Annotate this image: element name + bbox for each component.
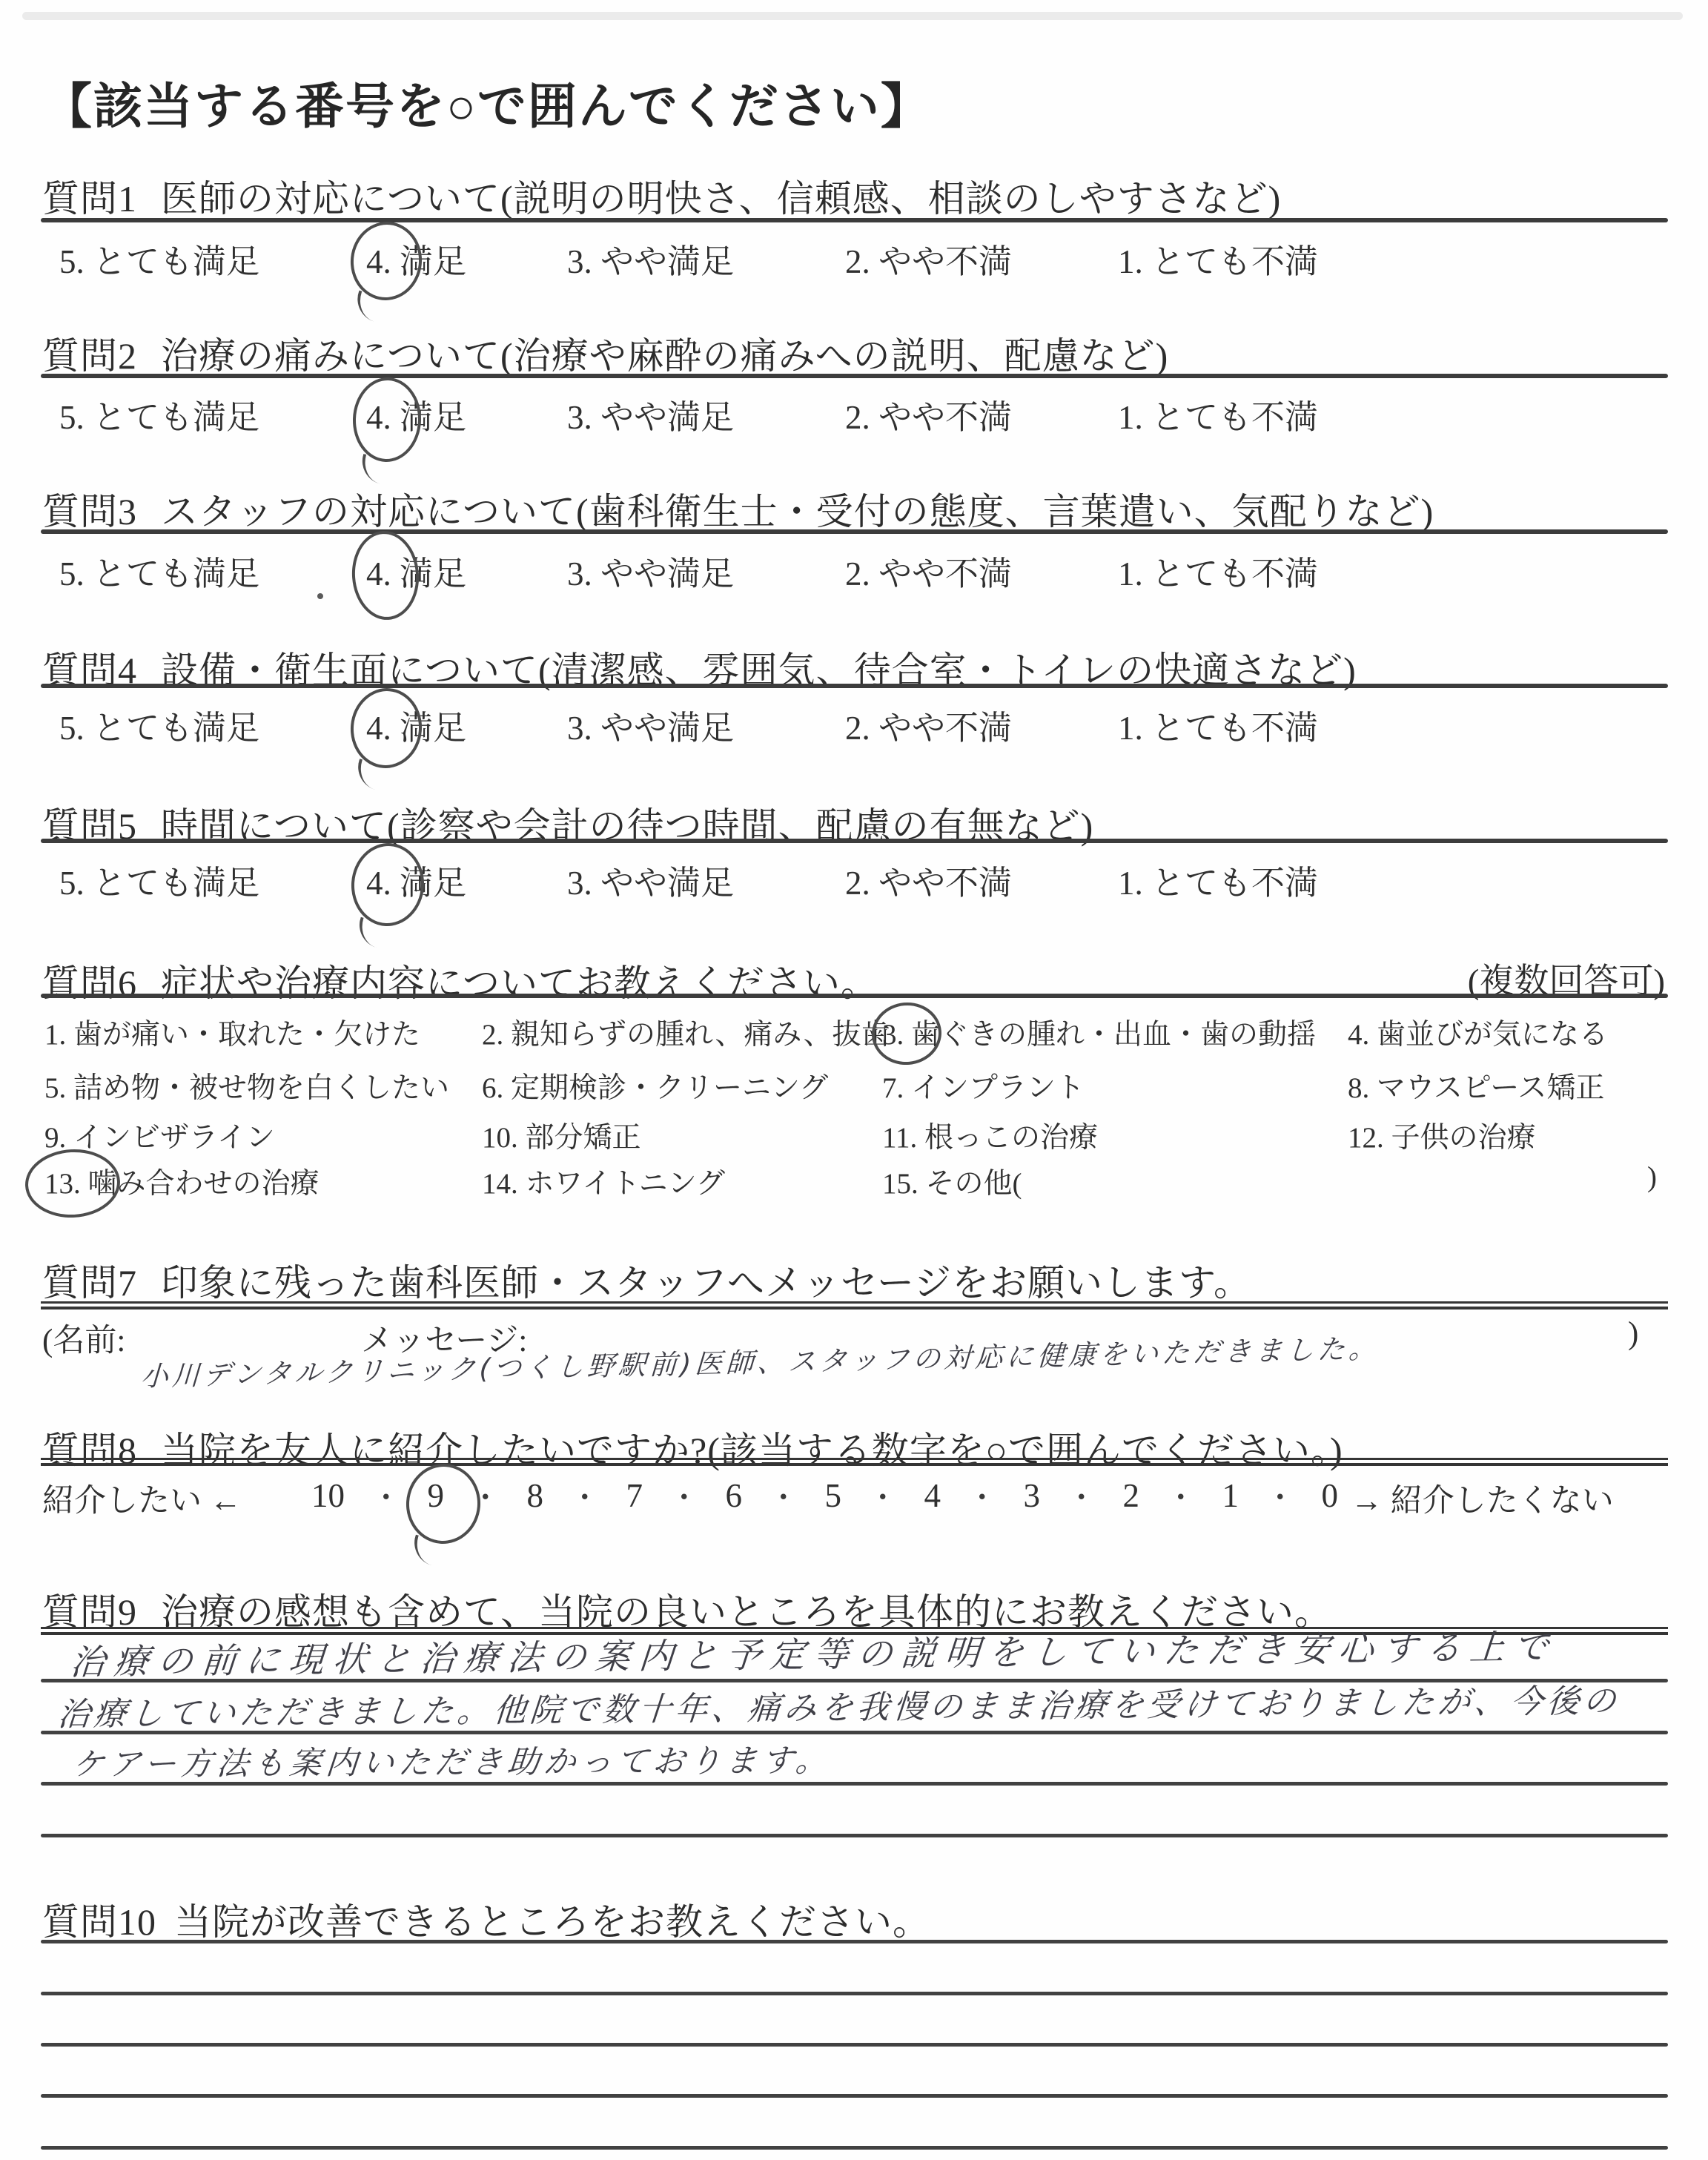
writing-line [41,1992,1668,1995]
option-somewhat-satisfied: 3. やや満足 [567,234,734,283]
option-very-dissatisfied: 1. とても不満 [1118,856,1318,904]
option-very-satisfied: 5. とても満足 [59,701,259,749]
q8-scale-4: 4 [924,1476,941,1515]
question-6-row-1: 1. 歯が痛い・取れた・欠けた 2. 親知らずの腫れ、痛み、抜歯 3. 歯ぐきの… [0,1011,1708,1053]
option-somewhat-satisfied: 3. やや満足 [567,856,734,904]
question-7-underline [41,1301,1668,1309]
question-10-heading: 質問10当院が改善できるところをお教えください。 [42,1892,930,1946]
q9-handwritten-line-2: 治療していただきました。他院で数十年、痛みを我慢のまま治療を受けておりましたが、… [56,1674,1621,1735]
dot-separator: ・ [1166,1474,1196,1516]
q6-option-5: 5. 詰め物・被せ物を白くしたい [44,1065,449,1106]
question-2-number: 質問2 [42,335,137,377]
stray-pen-dot [317,593,323,599]
circle-mark-q2 [351,376,423,463]
question-3-options: 5. とても満足 4. 満足 3. やや満足 2. やや不満 1. とても不満 [0,546,1708,591]
question-5-options: 5. とても満足 4. 満足 3. やや満足 2. やや不満 1. とても不満 [0,856,1708,900]
option-very-satisfied: 5. とても満足 [59,234,259,283]
question-1-options: 5. とても満足 4. 満足 3. やや満足 2. やや不満 1. とても不満 [0,234,1708,279]
question-5-underline [41,839,1668,843]
question-6-underline [41,994,1668,998]
question-8-underline [41,1458,1668,1466]
question-7-heading: 質問7印象に残った歯科医師・スタッフへメッセージをお願いします。 [42,1253,1251,1307]
circle-mark-q3 [349,529,422,622]
q6-option-15: 15. その他( [882,1160,1022,1202]
q6-option-2: 2. 親知らずの腫れ、痛み、抜歯 [482,1011,890,1053]
q9-handwritten-line-3: ケアー方法も案内いただき助かっております。 [70,1736,833,1785]
question-2-label: 治療の痛みについて(治療や麻酔の痛みへの説明、配慮など) [161,335,1168,377]
question-6-row-2: 5. 詰め物・被せ物を白くしたい 6. 定期検診・クリーニング 7. インプラン… [0,1065,1708,1106]
question-3-label: スタッフの対応について(歯科衛生士・受付の態度、言葉遣い、気配りなど) [161,491,1434,532]
question-2-heading: 質問2治療の痛みについて(治療や麻酔の痛みへの説明、配慮など) [42,326,1168,380]
option-very-satisfied: 5. とても満足 [59,856,259,904]
circle-mark-q5 [348,841,427,929]
question-3-underline [41,529,1668,534]
q8-scale-3: 3 [1024,1476,1041,1515]
option-somewhat-dissatisfied: 2. やや不満 [845,546,1012,595]
writing-line [41,1731,1668,1734]
q8-scale-5: 5 [825,1476,842,1515]
writing-line [41,2043,1668,2047]
question-8-heading: 質問8当院を友人に紹介したいですか?(該当する数字を○で囲んでください。) [42,1421,1343,1474]
q6-option-1: 1. 歯が痛い・取れた・欠けた [44,1011,420,1053]
q8-scale-10: 10 [311,1476,345,1515]
q6-option-10: 10. 部分矯正 [482,1114,641,1156]
option-very-dissatisfied: 1. とても不満 [1118,701,1318,749]
question-6-heading: 質問6症状や治療内容についてお教えください。 [42,954,878,1007]
option-somewhat-dissatisfied: 2. やや不満 [845,856,1012,904]
q6-option-14: 14. ホワイトニング [482,1160,725,1202]
option-somewhat-dissatisfied: 2. やや不満 [845,390,1012,438]
option-somewhat-satisfied: 3. やや満足 [567,546,734,595]
circle-mark-q1 [347,218,426,303]
dot-separator: ・ [669,1474,699,1516]
option-very-satisfied: 5. とても満足 [59,390,259,438]
q7-name-label: (名前: [42,1315,125,1361]
q6-option-4: 4. 歯並びが気になる [1348,1011,1608,1053]
dot-separator: ・ [570,1474,600,1516]
writing-line [41,2094,1668,2098]
option-very-dissatisfied: 1. とても不満 [1118,390,1318,438]
dot-separator: ・ [1265,1474,1295,1516]
q6-option-12: 12. 子供の治療 [1348,1114,1536,1156]
q8-scale-6: 6 [726,1476,743,1515]
option-somewhat-dissatisfied: 2. やや不満 [845,234,1012,283]
q6-option-3: 3. 歯ぐきの腫れ・出血・歯の動揺 [882,1011,1316,1053]
q6-option-11: 11. 根っこの治療 [882,1114,1098,1156]
q8-scale-0: 0 [1322,1476,1339,1515]
question-2-underline [41,374,1668,378]
option-very-dissatisfied: 1. とても不満 [1118,234,1318,283]
option-very-dissatisfied: 1. とても不満 [1118,546,1318,595]
dot-separator: ・ [868,1474,898,1516]
question-7-number: 質問7 [42,1262,137,1304]
option-somewhat-dissatisfied: 2. やや不満 [845,701,1012,749]
question-10-number: 質問10 [42,1901,156,1943]
q8-scale-2: 2 [1123,1476,1140,1515]
question-3-number: 質問3 [42,491,137,532]
option-very-satisfied: 5. とても満足 [59,546,259,595]
q7-handwritten-message: 小川デンタルクリニック(つくし野駅前)医師、スタッフの対応に健康をいただきました… [140,1326,1381,1394]
q8-right-label: → 紹介したくない [1351,1476,1614,1521]
option-somewhat-satisfied: 3. やや満足 [567,701,734,749]
question-10-label: 当院が改善できるところをお教えください。 [174,1901,930,1943]
circle-mark-q6-option-3 [870,1000,944,1068]
question-6-row-3: 9. インビザライン 10. 部分矯正 11. 根っこの治療 12. 子供の治療 [0,1114,1708,1156]
question-6-row-4: 13. 噛み合わせの治療 14. ホワイトニング 15. その他( ) [0,1160,1708,1202]
q6-option-7: 7. インプラント [882,1065,1085,1106]
dot-separator: ・ [769,1474,798,1516]
writing-line [41,1940,1668,1943]
dot-separator: ・ [967,1474,997,1516]
writing-line [41,1834,1668,1837]
circle-mark-q4 [347,685,425,771]
dot-separator: ・ [371,1474,401,1516]
writing-line [41,2146,1668,2150]
question-7-label: 印象に残った歯科医師・スタッフへメッセージをお願いします。 [161,1262,1251,1304]
circle-mark-q6-option-13 [24,1147,122,1221]
q8-scale-8: 8 [527,1476,544,1515]
question-4-options: 5. とても満足 4. 満足 3. やや満足 2. やや不満 1. とても不満 [0,701,1708,745]
q6-option-8: 8. マウスピース矯正 [1348,1065,1604,1106]
survey-form-page: 【該当する番号を○で囲んでください】 質問1医師の対応について(説明の明快さ、信… [0,0,1708,2160]
scan-artifact-line [22,12,1683,20]
question-1-underline [41,218,1668,222]
q8-scale-7: 7 [626,1476,643,1515]
q6-other-close-paren: ) [1647,1160,1657,1194]
question-1-number: 質問1 [42,178,137,219]
writing-line [41,1782,1668,1786]
q7-close-paren: ) [1628,1315,1638,1352]
question-1-label: 医師の対応について(説明の明快さ、信頼感、相談のしやすさなど) [161,178,1281,219]
question-4-underline [41,684,1668,688]
dot-separator: ・ [1067,1474,1096,1516]
q6-option-6: 6. 定期検診・クリーニング [482,1065,828,1106]
q8-left-label: 紹介したい ← [42,1476,242,1521]
option-somewhat-satisfied: 3. やや満足 [567,390,734,438]
q8-scale-1: 1 [1222,1476,1239,1515]
question-3-heading: 質問3スタッフの対応について(歯科衛生士・受付の態度、言葉遣い、気配りなど) [42,482,1434,535]
form-title: 【該当する番号を○で囲んでください】 [43,67,931,137]
question-2-options: 5. とても満足 4. 満足 3. やや満足 2. やや不満 1. とても不満 [0,390,1708,435]
question-1-heading: 質問1医師の対応について(説明の明快さ、信頼感、相談のしやすさなど) [42,169,1281,222]
